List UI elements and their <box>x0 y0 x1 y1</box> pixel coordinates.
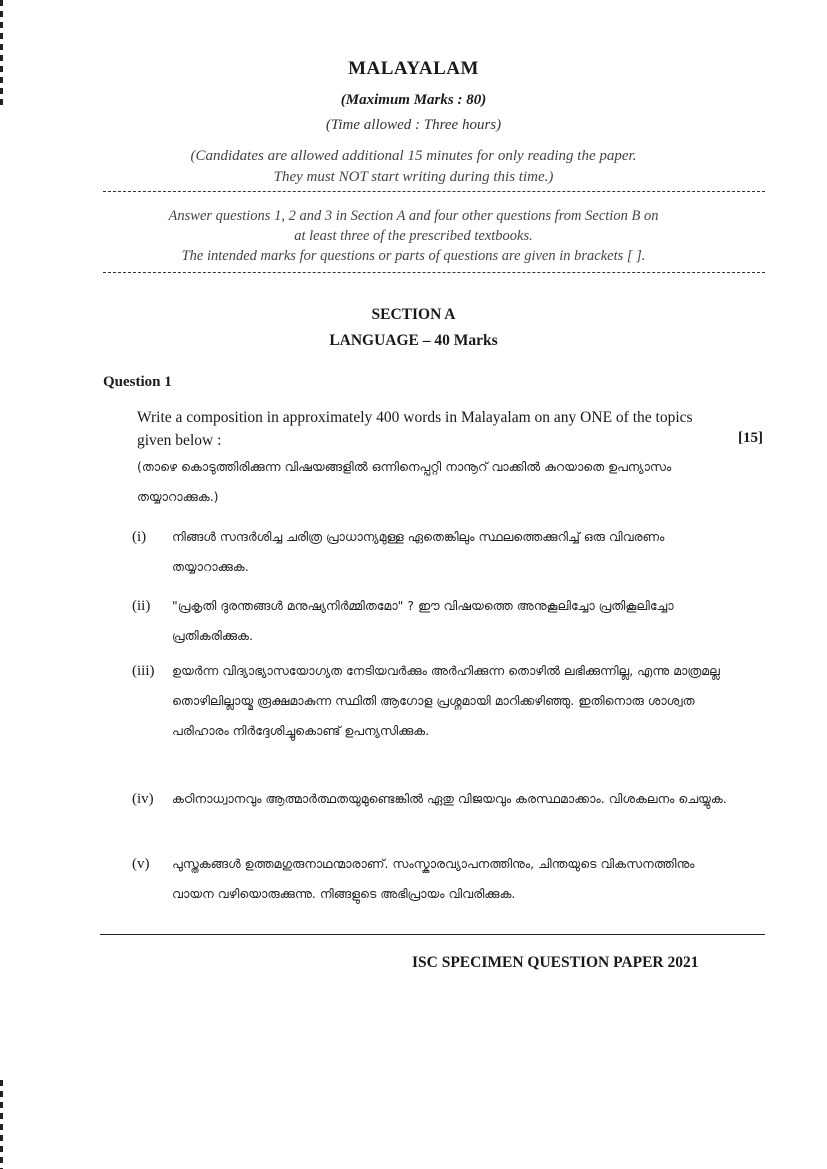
question-marks: [15] <box>738 430 763 447</box>
instruction-line1: Answer questions 1, 2 and 3 in Section A… <box>0 206 827 226</box>
topic-text: ഉയർന്ന വിദ്യാഭ്യാസയോഗ്യത നേടിയവർക്കും അർ… <box>172 656 732 746</box>
topic-number: (i) <box>132 522 146 552</box>
question-prompt: Write a composition in approximately 400… <box>137 406 717 452</box>
section-subtitle: LANGUAGE – 40 Marks <box>0 332 827 350</box>
topic-text: "പ്രകൃതി ദുരന്തങ്ങൾ മനുഷ്യനിർമ്മിതമോ" ? … <box>172 591 732 651</box>
subject-title: MALAYALAM <box>0 58 827 80</box>
topic-item: (iii) ഉയർന്ന വിദ്യാഭ്യാസയോഗ്യത നേടിയവർക്… <box>132 656 732 746</box>
topic-item: (v) പുസ്തകങ്ങൾ ഉത്തമഗുരുനാഥന്മാരാണ്. സംസ… <box>132 849 732 909</box>
instructions: Answer questions 1, 2 and 3 in Section A… <box>0 206 827 266</box>
maximum-marks: (Maximum Marks : 80) <box>0 92 827 109</box>
topic-text: നിങ്ങൾ സന്ദർശിച്ച ചരിത്ര പ്രാധാന്യമുള്ള … <box>172 522 732 582</box>
topic-text: പുസ്തകങ്ങൾ ഉത്തമഗുരുനാഥന്മാരാണ്. സംസ്കാര… <box>172 849 732 909</box>
topic-item: (iv) കഠിനാധ്വാനവും ആത്മാർത്ഥതയുമുണ്ടെങ്ക… <box>132 784 732 814</box>
time-allowed: (Time allowed : Three hours) <box>0 117 827 134</box>
divider-top <box>103 191 765 192</box>
question-prompt-malayalam: (താഴെ കൊടുത്തിരിക്കുന്ന വിഷയങ്ങളിൽ ഒന്നി… <box>137 452 727 512</box>
footer-text: ISC SPECIMEN QUESTION PAPER 2021 <box>412 954 699 972</box>
topic-number: (v) <box>132 849 150 879</box>
reading-time-note: (Candidates are allowed additional 15 mi… <box>0 146 827 188</box>
section-title: SECTION A <box>0 306 827 324</box>
topic-text: കഠിനാധ്വാനവും ആത്മാർത്ഥതയുമുണ്ടെങ്കിൽ ഏത… <box>172 784 732 814</box>
topic-number: (iii) <box>132 656 155 686</box>
topic-item: (i) നിങ്ങൾ സന്ദർശിച്ച ചരിത്ര പ്രാധാന്യമു… <box>132 522 732 582</box>
instruction-line3: The intended marks for questions or part… <box>0 246 827 266</box>
instruction-line2: at least three of the prescribed textboo… <box>0 226 827 246</box>
topic-number: (iv) <box>132 784 154 814</box>
scan-edge-bottom <box>0 1080 3 1169</box>
topic-item: (ii) "പ്രകൃതി ദുരന്തങ്ങൾ മനുഷ്യനിർമ്മിതമ… <box>132 591 732 651</box>
divider-bottom <box>103 272 765 273</box>
question-label: Question 1 <box>103 374 172 391</box>
footer-rule <box>100 934 765 935</box>
reading-note-line1: (Candidates are allowed additional 15 mi… <box>0 146 827 167</box>
reading-note-line2: They must NOT start writing during this … <box>0 167 827 188</box>
topic-number: (ii) <box>132 591 150 621</box>
